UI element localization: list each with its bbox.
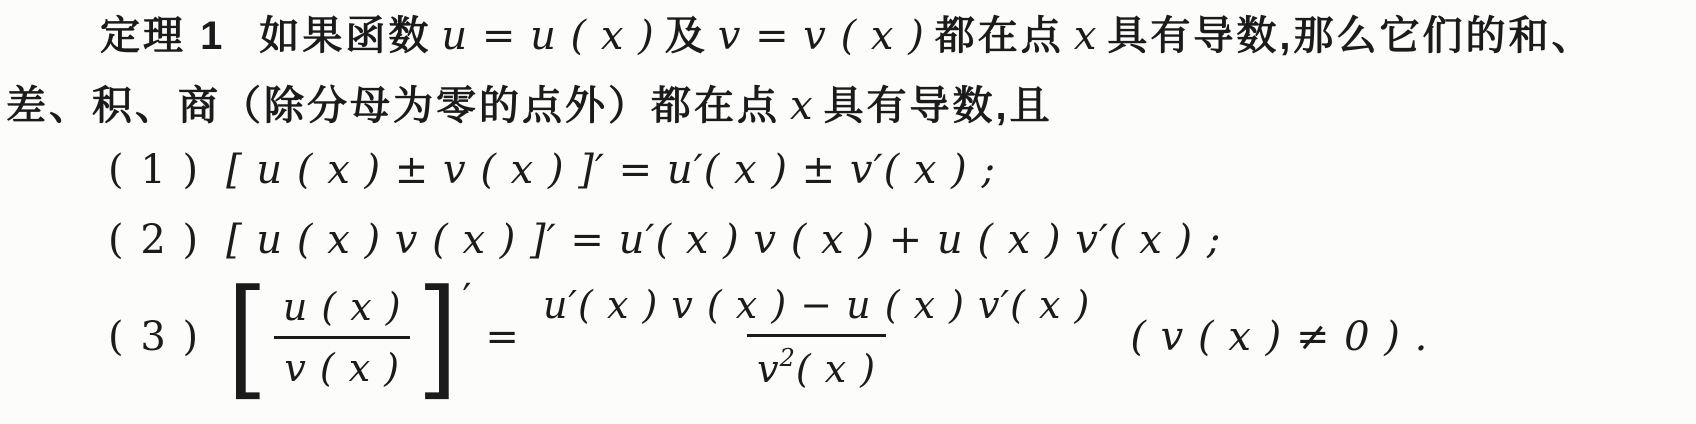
formula-1-number: ( 1 ) <box>108 147 200 193</box>
theorem-paragraph-line1: 定理 1如果函数u = u ( x )及v = v ( x )都在点x具有导数,… <box>6 4 1595 61</box>
formula-2-number: ( 2 ) <box>108 217 200 263</box>
denominator-base: v <box>757 347 779 391</box>
denominator-argument: ( x ) <box>796 347 876 391</box>
inline-math-u-equals: u = u ( x ) <box>441 13 654 59</box>
inline-math-x: x <box>1074 13 1098 59</box>
scanned-textbook-page: 定理 1如果函数u = u ( x )及v = v ( x )都在点x具有导数,… <box>0 0 1696 424</box>
prime-mark: ′ <box>462 276 471 322</box>
formula-1-body: [ u ( x ) ± v ( x ) ]′ = u′( x ) ± v′( x… <box>226 147 996 193</box>
theorem-paragraph-line2: 差、积、商（除分母为零的点外）都在点x具有导数,且 <box>6 74 1053 131</box>
fraction-u-over-v: u ( x ) v ( x ) <box>273 283 412 392</box>
numerator: u′( x ) v ( x ) − u ( x ) v′( x ) <box>533 281 1100 334</box>
text-run: 具有导数,且 <box>824 84 1053 128</box>
denominator: v2( x ) <box>747 334 886 393</box>
formula-3-number: ( 3 ) <box>108 314 200 360</box>
denominator-exponent: 2 <box>780 344 796 372</box>
equals-sign: = <box>485 314 519 360</box>
formula-3-row: ( 3 ) [ u ( x ) v ( x ) ] ′ = u′( x ) v … <box>108 262 1428 412</box>
fraction-quotient-derivative: u′( x ) v ( x ) − u ( x ) v′( x ) v2( x … <box>533 281 1100 393</box>
theorem-label: 定理 1 <box>100 14 225 58</box>
text-run: 具有导数,那么它们的和、 <box>1107 14 1594 58</box>
inline-math-v-equals: v = v ( x ) <box>718 13 925 59</box>
numerator: u ( x ) <box>273 283 412 336</box>
inline-math-x: x <box>790 83 814 129</box>
formula-1-row: ( 1 )[ u ( x ) ± v ( x ) ]′ = u′( x ) ± … <box>108 146 996 193</box>
big-left-bracket: [ <box>227 272 268 402</box>
text-run: 及 <box>665 14 708 58</box>
text-run: 差、积、商（除分母为零的点外）都在点 <box>6 84 780 128</box>
condition-note: ( v ( x ) ≠ 0 ) . <box>1130 314 1428 360</box>
denominator: v ( x ) <box>274 336 410 392</box>
text-run: 都在点 <box>935 14 1064 58</box>
big-right-bracket: ] <box>417 272 458 402</box>
formula-2-body: [ u ( x ) v ( x ) ]′ = u′( x ) v ( x ) +… <box>226 217 1221 263</box>
formula-2-row: ( 2 )[ u ( x ) v ( x ) ]′ = u′( x ) v ( … <box>108 216 1221 263</box>
text-run: 如果函数 <box>259 14 431 58</box>
